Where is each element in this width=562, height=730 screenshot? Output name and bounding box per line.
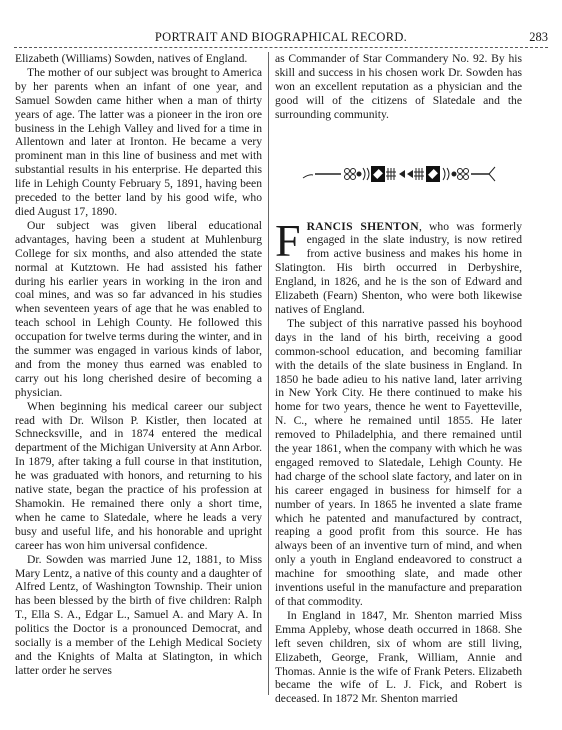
column-divider — [268, 52, 269, 695]
running-header: PORTRAIT AND BIOGRAPHICAL RECORD. 283 — [14, 30, 548, 46]
paragraph: Our subject was given liberal educationa… — [15, 219, 262, 400]
ornament-divider-icon — [275, 160, 522, 188]
header-rule — [14, 47, 548, 48]
paragraph: In England in 1847, Mr. Shenton married … — [275, 609, 522, 706]
paragraph: Dr. Sowden was married June 12, 1881, to… — [15, 553, 262, 678]
drop-cap: F — [275, 222, 301, 260]
paragraph: Elizabeth (Williams) Sowden, natives of … — [15, 52, 262, 66]
page-number: 283 — [529, 30, 548, 45]
opening-text: , who was formerly engaged in the slate … — [275, 220, 522, 316]
paragraph: The mother of our subject was brought to… — [15, 66, 262, 219]
article-opening-paragraph: FRANCIS SHENTON, who was formerly engage… — [275, 220, 522, 317]
paragraph: When beginning his medical career our su… — [15, 400, 262, 553]
paragraph: as Commander of Star Commandery No. 92. … — [275, 52, 522, 122]
subject-name: RANCIS SHENTON — [307, 220, 419, 233]
left-column: Elizabeth (Williams) Sowden, natives of … — [15, 52, 262, 678]
running-title: PORTRAIT AND BIOGRAPHICAL RECORD. — [14, 30, 548, 45]
paragraph: The subject of this narrative passed his… — [275, 317, 522, 609]
right-column: as Commander of Star Commandery No. 92. … — [275, 52, 522, 706]
